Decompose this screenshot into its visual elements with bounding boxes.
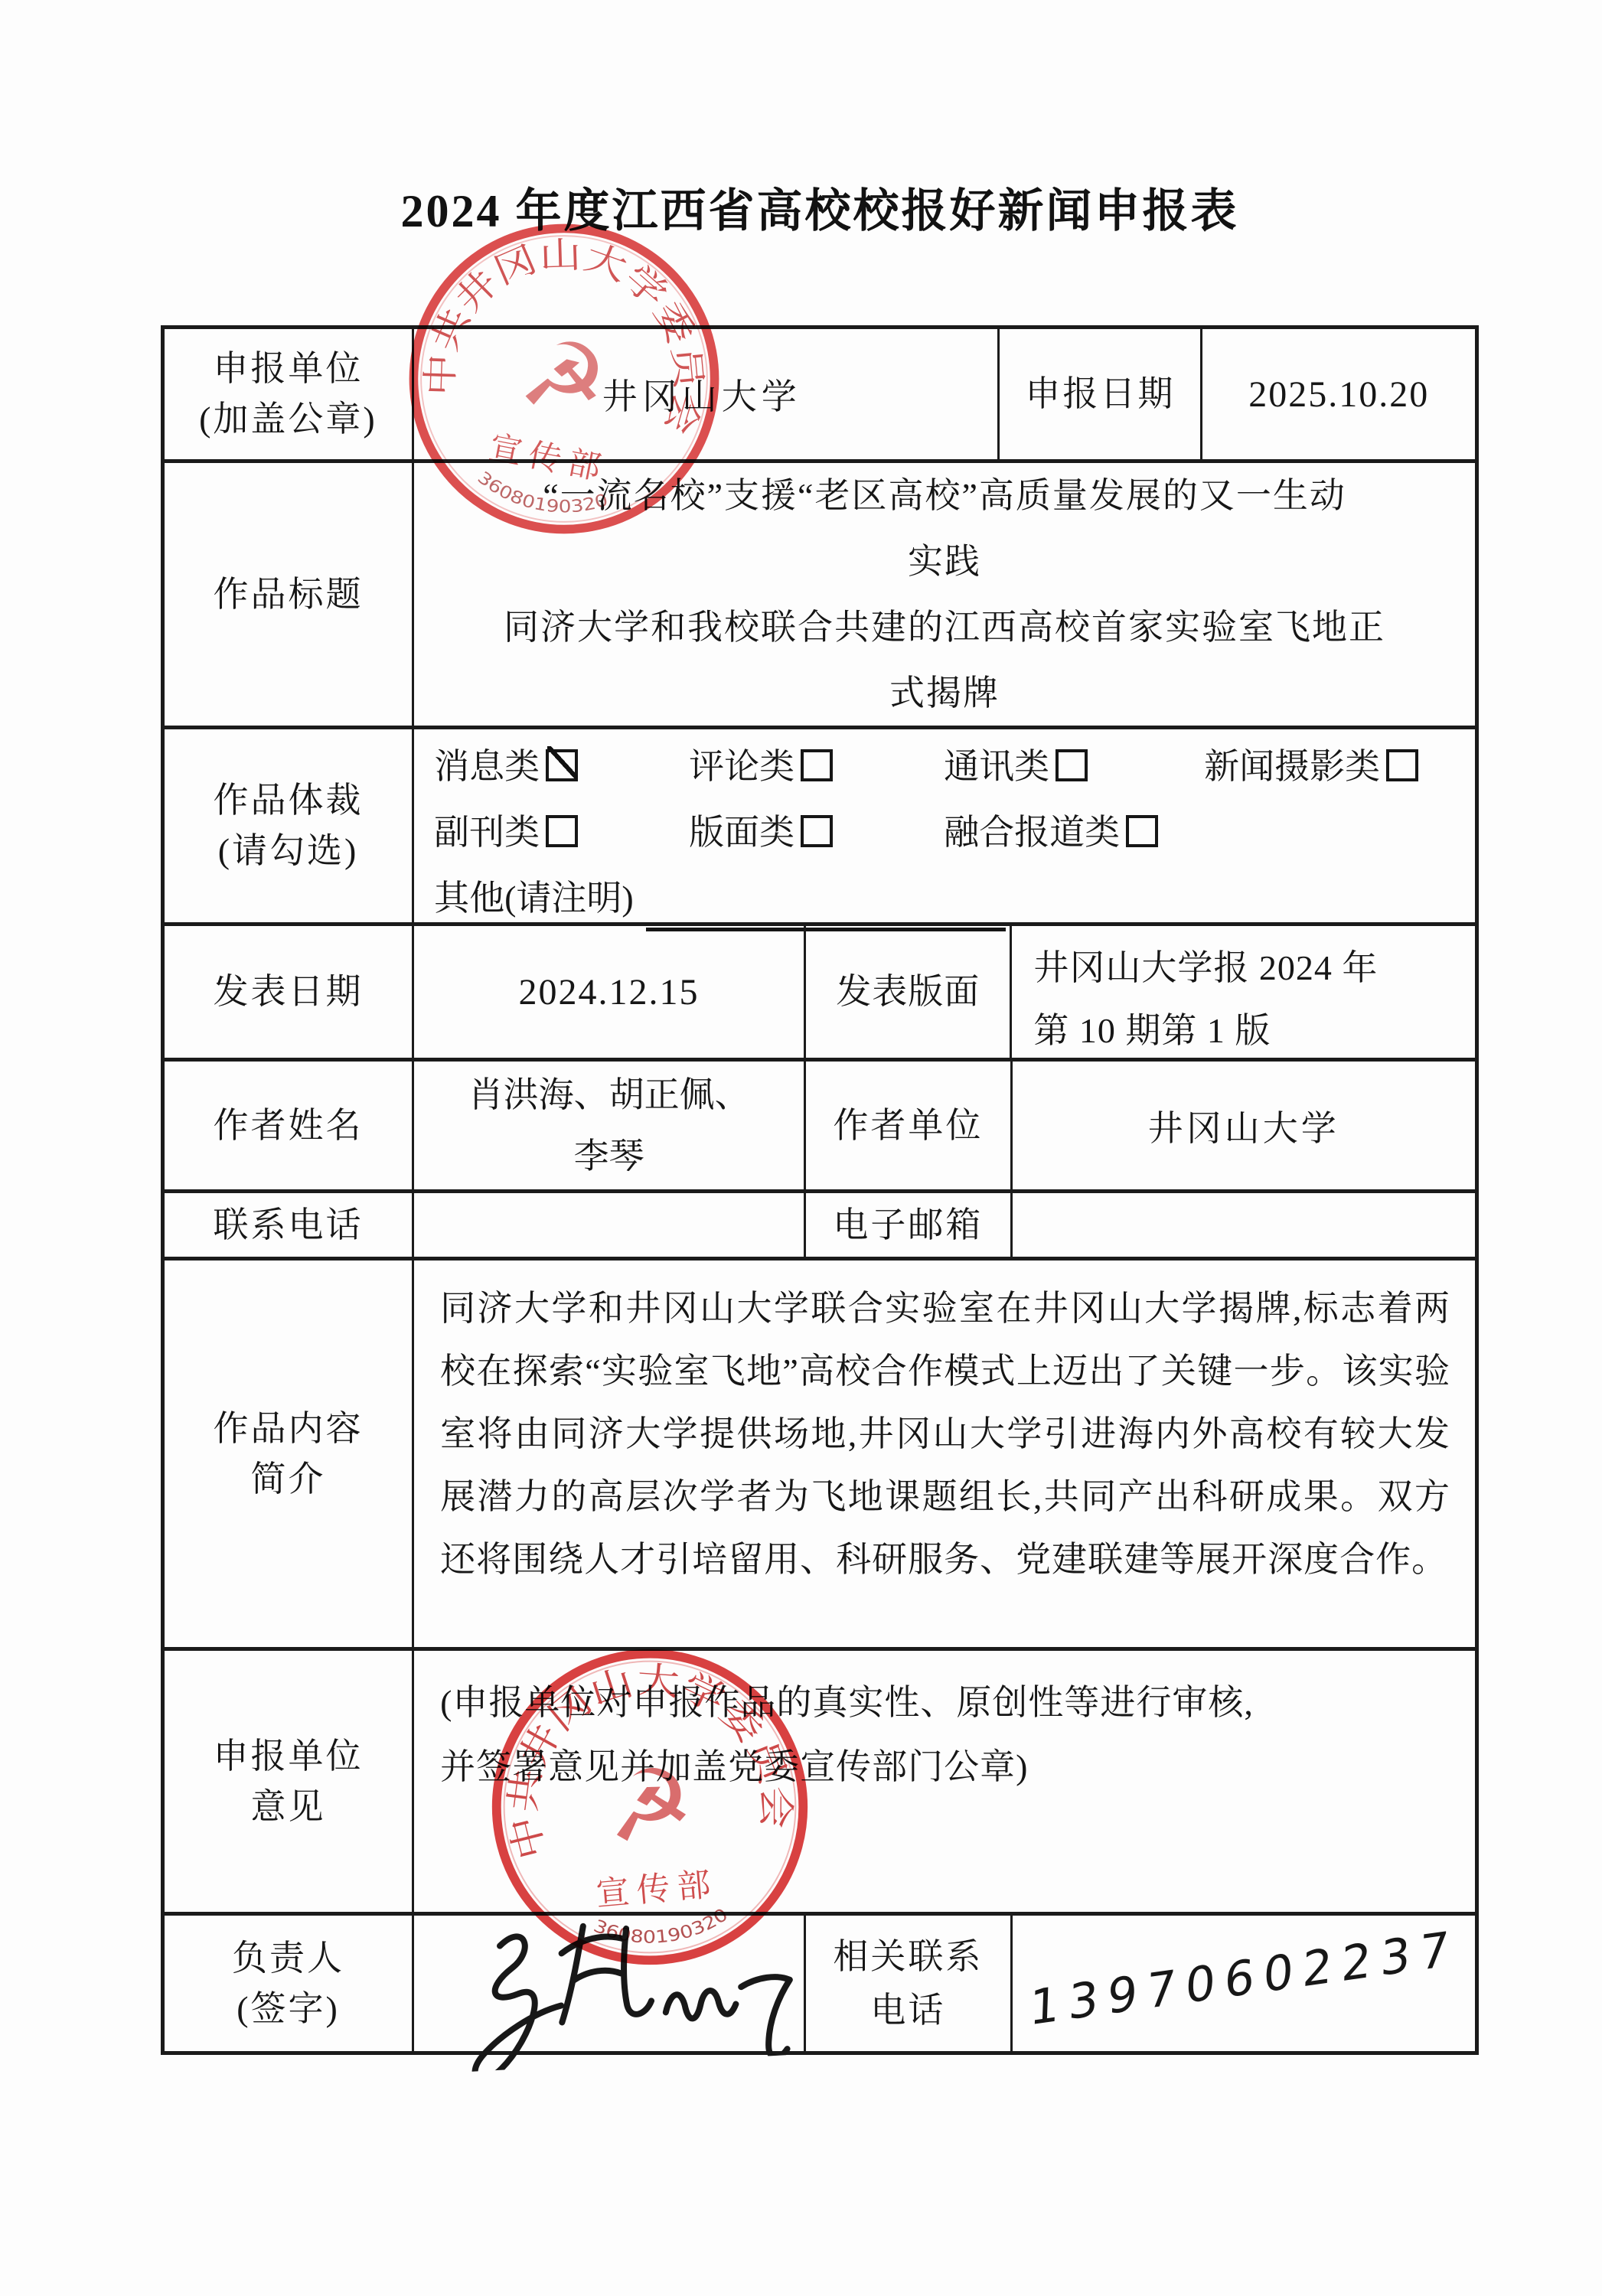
checkbox-icon bbox=[1055, 749, 1088, 781]
genre-other-label: 其他(请注明) bbox=[434, 866, 634, 931]
signature-cell: 吴翔 bbox=[412, 1916, 804, 2051]
checkbox-icon bbox=[801, 815, 833, 847]
genre-option-comment: 评论类 bbox=[689, 734, 944, 800]
table-row-publish: 发表日期 2024.12.15 发表版面 井冈山大学报 2024 年 第 10 … bbox=[165, 926, 1475, 1062]
genre-other-line: 其他(请注明) bbox=[434, 866, 1475, 931]
contact-phone-label: 联系电话 bbox=[165, 1193, 412, 1257]
opinion-line: 并签署意见并加盖党委宣传部门公章) bbox=[440, 1735, 1455, 1799]
related-phone-value-cell: 13970602237 bbox=[1010, 1916, 1475, 2051]
summary-label: 作品内容 简介 bbox=[165, 1261, 412, 1647]
declare-unit-label: 申报单位 (加盖公章) bbox=[165, 329, 412, 459]
table-row-signoff: 负责人 (签字) bbox=[165, 1916, 1475, 2051]
publish-page-line: 井冈山大学报 2024 年 bbox=[1033, 937, 1470, 1000]
table-row-opinion: 申报单位 意见 (申报单位对申报作品的真实性、原创性等进行审核, 并签署意见并加… bbox=[165, 1651, 1475, 1916]
opinion-line: (申报单位对申报作品的真实性、原创性等进行审核, bbox=[440, 1671, 1455, 1735]
work-title-line: 实践 bbox=[414, 529, 1475, 595]
table-row-genre: 作品体裁 (请勾选) 消息类 评论类 通讯类 新闻摄影类 副刊类 版面类 融合报… bbox=[165, 729, 1475, 926]
work-title-value-cell: “一流名校”支援“老区高校”高质量发展的又一生动 实践 同济大学和我校联合共建的… bbox=[412, 463, 1475, 726]
scanned-form-page: 2024 年度江西省高校校报好新闻申报表 申报单位 (加盖公章) 井冈山大学 申… bbox=[0, 0, 1602, 2296]
summary-paragraph: 同济大学和井冈山大学联合实验室在井冈山大学揭牌,标志着两校在探索“实验室飞地”高… bbox=[414, 1261, 1475, 1591]
page-title: 2024 年度江西省高校校报好新闻申报表 bbox=[161, 174, 1479, 240]
genre-option-converged: 融合报道类 bbox=[944, 800, 1475, 866]
handwritten-signature bbox=[423, 1871, 800, 2074]
genre-options-line1: 消息类 评论类 通讯类 新闻摄影类 bbox=[434, 734, 1475, 800]
work-title-line: “一流名校”支援“老区高校”高质量发展的又一生动 bbox=[414, 463, 1475, 529]
table-row-authors: 作者姓名 肖洪海、胡正佩、 李琴 作者单位 井冈山大学 bbox=[165, 1062, 1475, 1193]
genre-option-layout: 版面类 bbox=[689, 800, 944, 866]
genre-label: 作品体裁 (请勾选) bbox=[165, 729, 412, 922]
opinion-label: 申报单位 意见 bbox=[165, 1651, 412, 1912]
publish-date-value: 2024.12.15 bbox=[519, 971, 700, 1013]
publish-page-value-cell: 井冈山大学报 2024 年 第 10 期第 1 版 bbox=[1010, 926, 1475, 1058]
genre-options-cell: 消息类 评论类 通讯类 新闻摄影类 副刊类 版面类 融合报道类 其他(请注明) bbox=[412, 729, 1475, 922]
handwritten-phone-number: 13970602237 bbox=[1028, 1919, 1459, 2047]
author-unit-label: 作者单位 bbox=[804, 1062, 1010, 1189]
publish-date-label: 发表日期 bbox=[165, 926, 412, 1058]
checkbox-icon bbox=[1126, 815, 1158, 847]
author-name-line: 李琴 bbox=[574, 1126, 644, 1187]
genre-other-blank-line bbox=[646, 887, 1006, 931]
checkbox-icon bbox=[1386, 749, 1418, 781]
publish-date-value-cell: 2024.12.15 bbox=[412, 926, 804, 1058]
author-name-line: 肖洪海、胡正佩、 bbox=[468, 1065, 750, 1126]
contact-phone-value-cell bbox=[412, 1193, 804, 1257]
author-name-value-cell: 肖洪海、胡正佩、 李琴 bbox=[412, 1062, 804, 1189]
contact-email-label: 电子邮箱 bbox=[804, 1193, 1010, 1257]
table-row-declare-unit: 申报单位 (加盖公章) 井冈山大学 申报日期 2025.10.20 bbox=[165, 329, 1475, 463]
work-title-label: 作品标题 bbox=[165, 463, 412, 726]
genre-options-line2: 副刊类 版面类 融合报道类 bbox=[434, 800, 1475, 866]
contact-email-value-cell bbox=[1010, 1193, 1475, 1257]
author-unit-value: 井冈山大学 bbox=[1010, 1062, 1475, 1189]
genre-option-report: 通讯类 bbox=[944, 734, 1204, 800]
genre-option-photo: 新闻摄影类 bbox=[1204, 734, 1475, 800]
publish-page-label: 发表版面 bbox=[804, 926, 1010, 1058]
table-row-work-title: 作品标题 “一流名校”支援“老区高校”高质量发展的又一生动 实践 同济大学和我校… bbox=[165, 463, 1475, 729]
declare-unit-value-cell: 井冈山大学 bbox=[412, 329, 997, 459]
application-form-table: 申报单位 (加盖公章) 井冈山大学 申报日期 2025.10.20 作品标题 “… bbox=[161, 325, 1479, 2055]
publish-page-line: 第 10 期第 1 版 bbox=[1033, 1000, 1470, 1062]
declare-unit-value: 井冈山大学 bbox=[602, 369, 997, 419]
genre-option-news: 消息类 bbox=[434, 734, 689, 800]
related-phone-label: 相关联系 电话 bbox=[804, 1916, 1010, 2051]
checkbox-checked-icon bbox=[546, 749, 578, 781]
table-row-contact: 联系电话 电子邮箱 bbox=[165, 1193, 1475, 1261]
checkbox-icon bbox=[546, 815, 578, 847]
opinion-value-cell: (申报单位对申报作品的真实性、原创性等进行审核, 并签署意见并加盖党委宣传部门公… bbox=[412, 1651, 1475, 1912]
work-title-line: 同济大学和我校联合共建的江西高校首家实验室飞地正 bbox=[414, 595, 1475, 660]
genre-option-supplement: 副刊类 bbox=[434, 800, 689, 866]
declare-date-label: 申报日期 bbox=[997, 329, 1200, 459]
author-name-label: 作者姓名 bbox=[165, 1062, 412, 1189]
table-row-summary: 作品内容 简介 同济大学和井冈山大学联合实验室在井冈山大学揭牌,标志着两校在探索… bbox=[165, 1261, 1475, 1651]
work-title-line: 式揭牌 bbox=[414, 660, 1475, 726]
signer-label: 负责人 (签字) bbox=[165, 1916, 412, 2051]
summary-value-cell: 同济大学和井冈山大学联合实验室在井冈山大学揭牌,标志着两校在探索“实验室飞地”高… bbox=[412, 1261, 1475, 1647]
checkbox-icon bbox=[801, 749, 833, 781]
declare-date-value-cell: 2025.10.20 bbox=[1200, 329, 1475, 459]
declare-date-value: 2025.10.20 bbox=[1248, 373, 1429, 416]
